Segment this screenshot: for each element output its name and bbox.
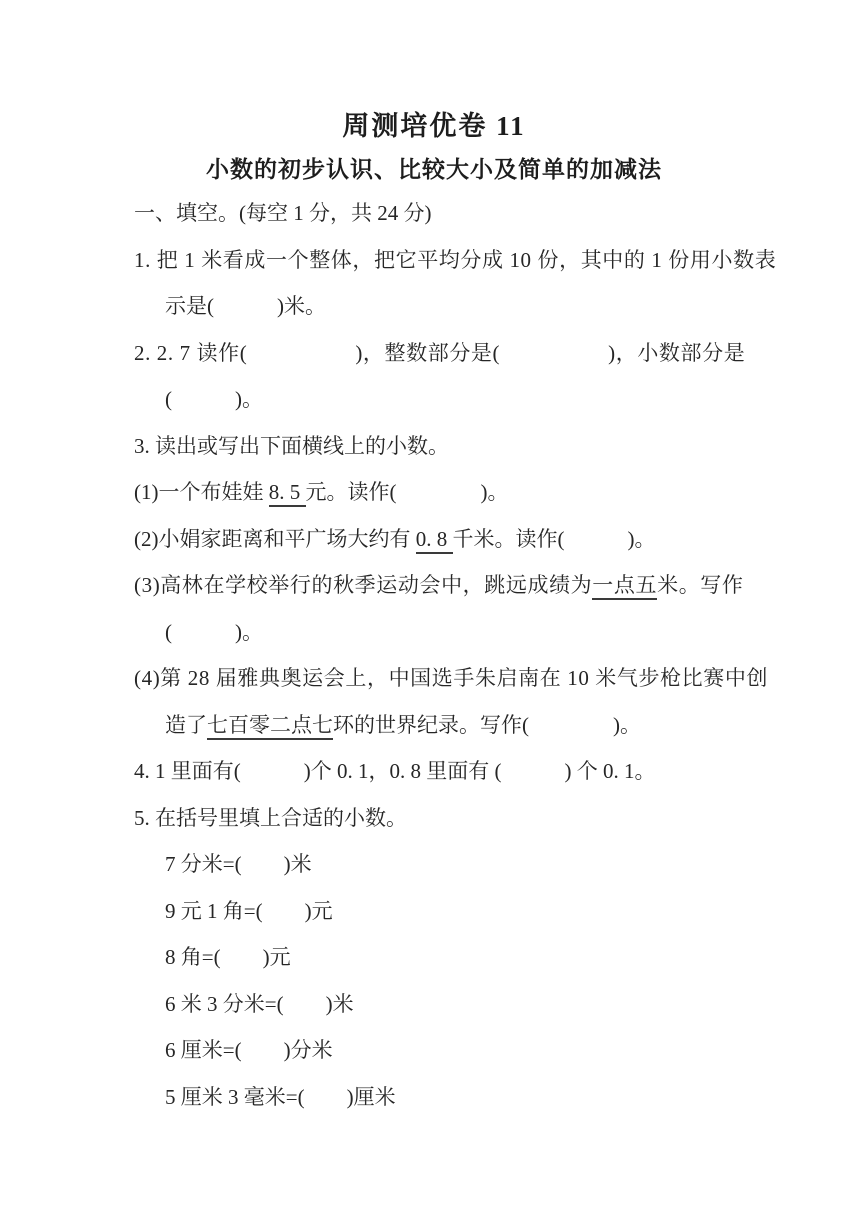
question-5-item-2: 9 元 1 角=( )元 xyxy=(165,888,774,935)
question-5-item-3: 8 角=( )元 xyxy=(165,934,774,981)
q3-item4-text-post: 环的世界纪录。写作( )。 xyxy=(333,713,641,737)
q3-item1-text-pre: (1)一个布娃娃 xyxy=(134,480,269,504)
section-one-header: 一、填空。(每空 1 分，共 24 分) xyxy=(134,190,774,237)
q3-item2-text-pre: (2)小娟家距离和平广场大约有 xyxy=(134,527,416,551)
q3-item3-text-post: 米。写作 xyxy=(657,573,743,597)
question-2-line-2: ( )。 xyxy=(165,376,774,423)
question-3-item-4-line-1: (4)第 28 届雅典奥运会上，中国选手朱启南在 10 米气步枪比赛中创 xyxy=(134,655,774,702)
q3-item3-text-pre: (3)高林在学校举行的秋季运动会中，跳远成绩为 xyxy=(134,573,592,597)
question-3-item-2: (2)小娟家距离和平广场大约有 0. 8 千米。读作( )。 xyxy=(134,516,774,563)
question-3-item-1: (1)一个布娃娃 8. 5 元。读作( )。 xyxy=(134,469,774,516)
question-5-item-1: 7 分米=( )米 xyxy=(165,841,774,888)
q3-item4-text-pre: 造了 xyxy=(165,713,207,737)
question-1-line-1: 1. 把 1 米看成一个整体，把它平均分成 10 份，其中的 1 份用小数表 xyxy=(134,237,774,284)
q3-item2-text-post: 千米。读作( )。 xyxy=(453,527,656,551)
question-5-item-6: 5 厘米 3 毫米=( )厘米 xyxy=(165,1074,774,1121)
question-3-item-4-line-2: 造了七百零二点七环的世界纪录。写作( )。 xyxy=(165,702,774,749)
q3-item2-underlined-number: 0. 8 xyxy=(416,527,453,554)
page-title: 周测培优卷 11 xyxy=(0,104,868,143)
question-1-line-2: 示是( )米。 xyxy=(165,283,774,330)
page-subtitle: 小数的初步认识、比较大小及简单的加减法 xyxy=(0,151,868,184)
question-2-line-1: 2. 2. 7 读作( )，整数部分是( )，小数部分是 xyxy=(134,330,774,377)
q3-item1-text-post: 元。读作( )。 xyxy=(306,480,509,504)
question-4-line-1: 4. 1 里面有( )个 0. 1，0. 8 里面有 ( ) 个 0. 1。 xyxy=(134,748,774,795)
question-5-item-4: 6 米 3 分米=( )米 xyxy=(165,981,774,1028)
question-5-item-5: 6 厘米=( )分米 xyxy=(165,1027,774,1074)
question-5-stem: 5. 在括号里填上合适的小数。 xyxy=(134,795,774,842)
question-3-item-3-line-2: ( )。 xyxy=(165,609,774,656)
question-3-item-3-line-1: (3)高林在学校举行的秋季运动会中，跳远成绩为一点五米。写作 xyxy=(134,562,774,609)
q3-item4-underlined-words: 七百零二点七 xyxy=(207,713,333,740)
q3-item1-underlined-number: 8. 5 xyxy=(269,480,306,507)
worksheet-page: 周测培优卷 11 小数的初步认识、比较大小及简单的加减法 一、填空。(每空 1 … xyxy=(0,0,868,1227)
q3-item3-underlined-words: 一点五 xyxy=(592,573,657,600)
worksheet-body: 一、填空。(每空 1 分，共 24 分) 1. 把 1 米看成一个整体，把它平均… xyxy=(134,190,774,1120)
question-3-stem: 3. 读出或写出下面横线上的小数。 xyxy=(134,423,774,470)
